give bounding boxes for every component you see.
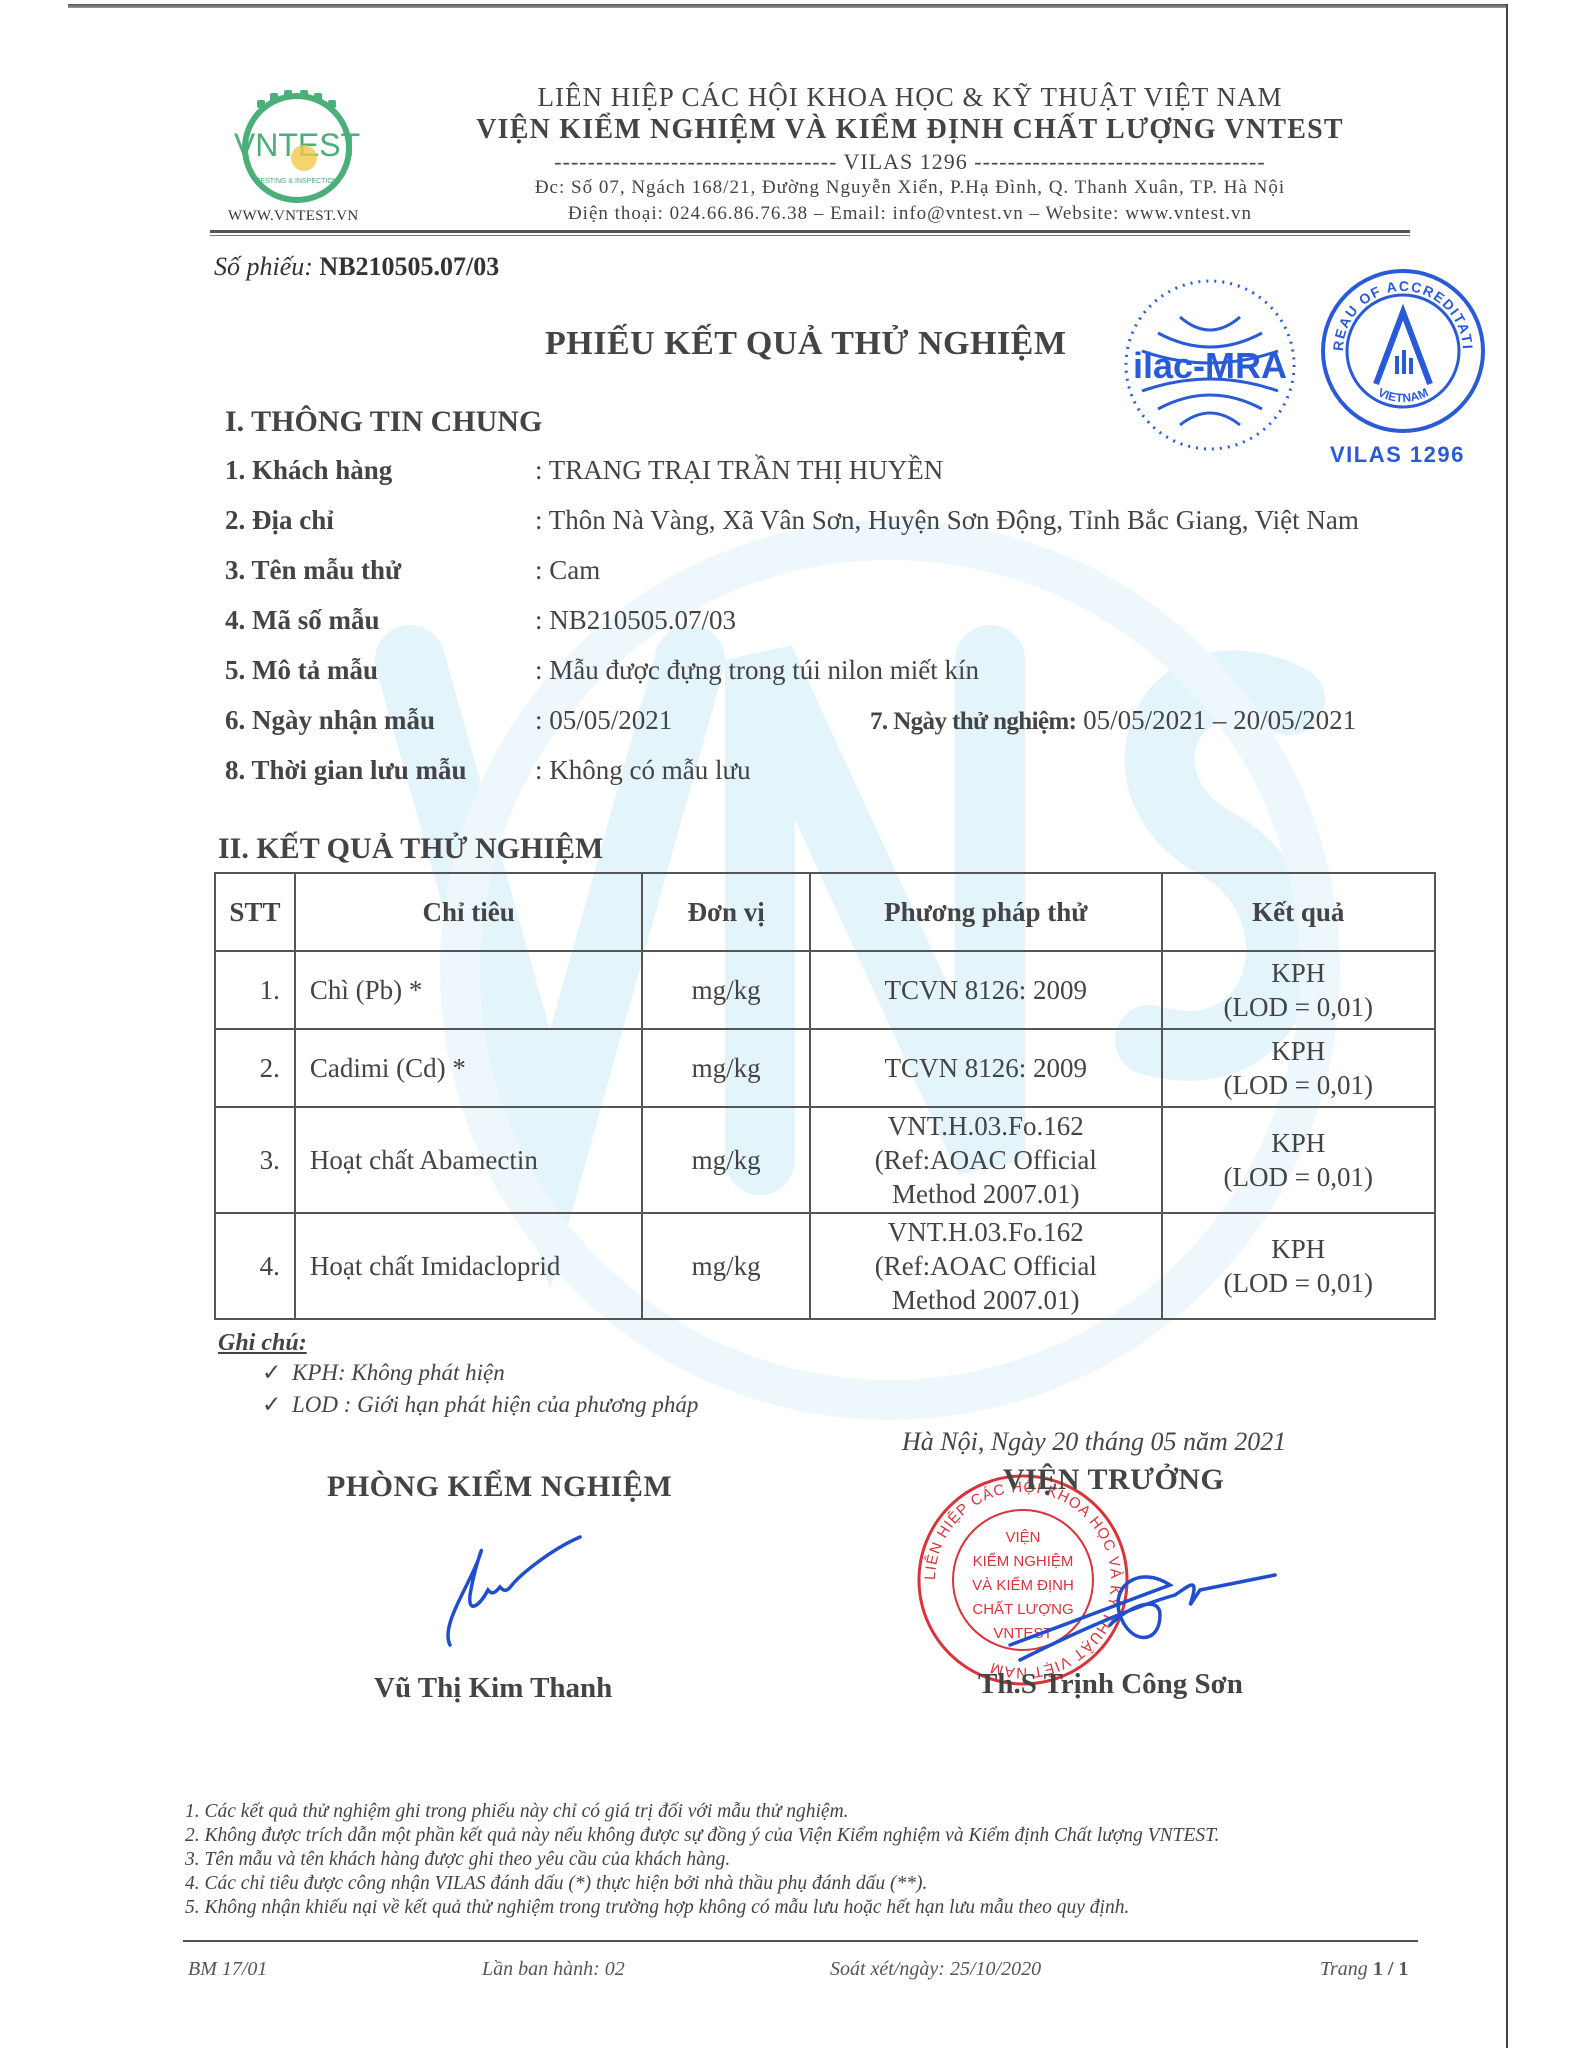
- test-date-value: 05/05/2021 – 20/05/2021: [1076, 705, 1356, 735]
- result-line: KPH: [1163, 956, 1434, 990]
- scan-edge-top: [68, 4, 1508, 8]
- cell-stt: 4.: [215, 1213, 295, 1319]
- note-text: LOD : Giới hạn phát hiện của phương pháp: [292, 1392, 698, 1417]
- svg-text:VIỆN: VIỆN: [1005, 1529, 1040, 1546]
- footnote: 4. Các chỉ tiêu được công nhận VILAS đán…: [185, 1872, 1219, 1896]
- issue-number: Lần ban hành: 02: [482, 1958, 625, 1981]
- note-item: ✓KPH: Không phát hiện: [262, 1357, 698, 1389]
- cell-unit: mg/kg: [642, 1213, 810, 1319]
- check-icon: ✓: [262, 1389, 292, 1421]
- method-line: Method 2007.01): [811, 1283, 1161, 1317]
- vilas-code: VILAS 1296: [1330, 442, 1465, 468]
- method-line: TCVN 8126: 2009: [811, 973, 1161, 1007]
- info-label: 2. Địa chỉ: [225, 505, 334, 536]
- check-icon: ✓: [262, 1357, 292, 1389]
- footnote: 2. Không được trích dẫn một phần kết quả…: [185, 1824, 1219, 1848]
- scan-edge-right: [1506, 4, 1508, 2048]
- cell-result: KPH(LOD = 0,01): [1162, 1029, 1435, 1107]
- footer-divider: [183, 1940, 1418, 1942]
- result-lod: (LOD = 0,01): [1163, 990, 1434, 1024]
- table-row: 4. Hoạt chất Imidacloprid mg/kg VNT.H.03…: [215, 1213, 1435, 1319]
- cell-result: KPH(LOD = 0,01): [1162, 1107, 1435, 1213]
- info-value: : NB210505.07/03: [535, 605, 736, 636]
- logo-url: WWW.VNTEST.VN: [228, 208, 359, 225]
- cell-stt: 1.: [215, 951, 295, 1029]
- info-label: 6. Ngày nhận mẫu: [225, 705, 435, 736]
- method-line: VNT.H.03.Fo.162: [811, 1109, 1161, 1143]
- document-title: PHIẾU KẾT QUẢ THỬ NGHIỆM: [545, 325, 1066, 363]
- cell-indicator: Chì (Pb) *: [295, 951, 642, 1029]
- result-line: KPH: [1163, 1034, 1434, 1068]
- cell-indicator: Cadimi (Cd) *: [295, 1029, 642, 1107]
- table-header-row: STT Chỉ tiêu Đơn vị Phương pháp thử Kết …: [215, 873, 1435, 951]
- cell-method: TCVN 8126: 2009: [810, 951, 1162, 1029]
- column-header-result: Kết quả: [1162, 873, 1435, 951]
- lab-department-title: PHÒNG KIỂM NGHIỆM: [327, 1470, 672, 1504]
- column-header-unit: Đơn vị: [642, 873, 810, 951]
- cell-result: KPH(LOD = 0,01): [1162, 951, 1435, 1029]
- info-value: : Cam: [535, 555, 600, 586]
- cell-method: TCVN 8126: 2009: [810, 1029, 1162, 1107]
- header-divider: [210, 230, 1410, 236]
- note-item: ✓LOD : Giới hạn phát hiện của phương phá…: [262, 1389, 698, 1421]
- director-title: VIỆN TRƯỞNG: [1003, 1463, 1224, 1497]
- cell-stt: 3.: [215, 1107, 295, 1213]
- info-label: 8. Thời gian lưu mẫu: [225, 755, 466, 786]
- vntest-gear-logo-icon: VNTEST TESTING & INSPECTION: [222, 88, 372, 206]
- results-table: STT Chỉ tiêu Đơn vị Phương pháp thử Kết …: [214, 872, 1436, 1320]
- footnote: 1. Các kết quả thử nghiệm ghi trong phiế…: [185, 1800, 1219, 1824]
- result-lod: (LOD = 0,01): [1163, 1266, 1434, 1300]
- signer-right-name: Th.S Trịnh Công Sơn: [978, 1668, 1243, 1701]
- note-text: KPH: Không phát hiện: [292, 1360, 505, 1385]
- ticket-label: Số phiếu:: [214, 252, 313, 281]
- info-value: : Không có mẫu lưu: [535, 755, 751, 786]
- page-value: 1 / 1: [1373, 1958, 1409, 1980]
- svg-text:TESTING & INSPECTION: TESTING & INSPECTION: [256, 178, 338, 185]
- info-value: : 05/05/2021: [535, 705, 672, 736]
- column-header-indicator: Chỉ tiêu: [295, 873, 642, 951]
- result-lod: (LOD = 0,01): [1163, 1160, 1434, 1194]
- section-results-title: II. KẾT QUẢ THỬ NGHIỆM: [218, 832, 603, 866]
- footnote: 5. Không nhận khiếu nại về kết quả thử n…: [185, 1896, 1219, 1920]
- institute-name: VIỆN KIỂM NGHIỆM VÀ KIỂM ĐỊNH CHẤT LƯỢNG…: [410, 114, 1410, 146]
- footnote: 3. Tên mẫu và tên khách hàng được ghi th…: [185, 1848, 1219, 1872]
- cell-unit: mg/kg: [642, 951, 810, 1029]
- table-row: 3. Hoạt chất Abamectin mg/kg VNT.H.03.Fo…: [215, 1107, 1435, 1213]
- column-header-method: Phương pháp thử: [810, 873, 1162, 951]
- column-header-stt: STT: [215, 873, 295, 951]
- test-date: 7. Ngày thử nghiệm: 05/05/2021 – 20/05/2…: [870, 705, 1356, 736]
- result-lod: (LOD = 0,01): [1163, 1068, 1434, 1102]
- info-label: 3. Tên mẫu thử: [225, 555, 401, 586]
- cell-unit: mg/kg: [642, 1029, 810, 1107]
- footnotes: 1. Các kết quả thử nghiệm ghi trong phiế…: [185, 1800, 1219, 1920]
- info-value: : TRANG TRẠI TRẦN THỊ HUYỀN: [535, 455, 943, 486]
- review-date: Soát xét/ngày: 25/10/2020: [830, 1958, 1041, 1981]
- svg-text:ilac-MRA: ilac-MRA: [1133, 345, 1287, 386]
- signer-left-name: Vũ Thị Kim Thanh: [374, 1672, 612, 1705]
- info-value: : Mẫu được đựng trong túi nilon miết kín: [535, 655, 979, 686]
- form-code: BM 17/01: [188, 1958, 267, 1981]
- result-line: KPH: [1163, 1126, 1434, 1160]
- cell-unit: mg/kg: [642, 1107, 810, 1213]
- result-line: KPH: [1163, 1232, 1434, 1266]
- page-number: Trang 1 / 1: [1320, 1958, 1408, 1981]
- notes-title: Ghi chú:: [218, 1330, 698, 1357]
- cell-result: KPH(LOD = 0,01): [1162, 1213, 1435, 1319]
- cell-indicator: Hoạt chất Imidacloprid: [295, 1213, 642, 1319]
- signature-right-icon: [990, 1545, 1280, 1665]
- table-row: 1. Chì (Pb) * mg/kg TCVN 8126: 2009 KPH(…: [215, 951, 1435, 1029]
- info-value: : Thôn Nà Vàng, Xã Vân Sơn, Huyện Sơn Độ…: [535, 505, 1359, 536]
- cell-indicator: Hoạt chất Abamectin: [295, 1107, 642, 1213]
- method-line: (Ref:AOAC Official: [811, 1249, 1161, 1283]
- place-date: Hà Nội, Ngày 20 tháng 05 năm 2021: [902, 1427, 1286, 1457]
- svg-text:BUREAU OF ACCREDITATION: BUREAU OF ACCREDITATION: [1318, 266, 1476, 352]
- institute-address: Đc: Số 07, Ngách 168/21, Đường Nguyễn Xi…: [410, 177, 1410, 199]
- method-line: VNT.H.03.Fo.162: [811, 1215, 1161, 1249]
- ticket-number: Số phiếu: NB210505.07/03: [214, 252, 499, 282]
- cell-stt: 2.: [215, 1029, 295, 1107]
- notes: Ghi chú: ✓KPH: Không phát hiện ✓LOD : Gi…: [218, 1330, 698, 1421]
- accreditation-line: ---------------------------------- VILAS…: [410, 149, 1410, 175]
- cell-method: VNT.H.03.Fo.162(Ref:AOAC OfficialMethod …: [810, 1107, 1162, 1213]
- bureau-of-accreditation-badge-icon: BUREAU OF ACCREDITATION VIETNAM: [1318, 266, 1488, 436]
- method-line: TCVN 8126: 2009: [811, 1051, 1161, 1085]
- ticket-value: NB210505.07/03: [319, 252, 499, 281]
- association-name: LIÊN HIỆP CÁC HỘI KHOA HỌC & KỸ THUẬT VI…: [410, 82, 1410, 113]
- institute-contact: Điện thoại: 024.66.86.76.38 – Email: inf…: [410, 203, 1410, 225]
- signature-left-icon: [440, 1535, 590, 1655]
- cell-method: VNT.H.03.Fo.162(Ref:AOAC OfficialMethod …: [810, 1213, 1162, 1319]
- section-general-info-title: I. THÔNG TIN CHUNG: [225, 405, 542, 439]
- info-label: 5. Mô tả mẫu: [225, 655, 378, 686]
- page-label: Trang: [1320, 1958, 1373, 1980]
- info-label: 1. Khách hàng: [225, 455, 392, 486]
- method-line: Method 2007.01): [811, 1177, 1161, 1211]
- info-label: 4. Mã số mẫu: [225, 605, 380, 636]
- table-row: 2. Cadimi (Cd) * mg/kg TCVN 8126: 2009 K…: [215, 1029, 1435, 1107]
- method-line: (Ref:AOAC Official: [811, 1143, 1161, 1177]
- ilac-mra-badge-icon: ilac-MRA: [1120, 275, 1300, 455]
- test-date-label: 7. Ngày thử nghiệm:: [870, 708, 1076, 735]
